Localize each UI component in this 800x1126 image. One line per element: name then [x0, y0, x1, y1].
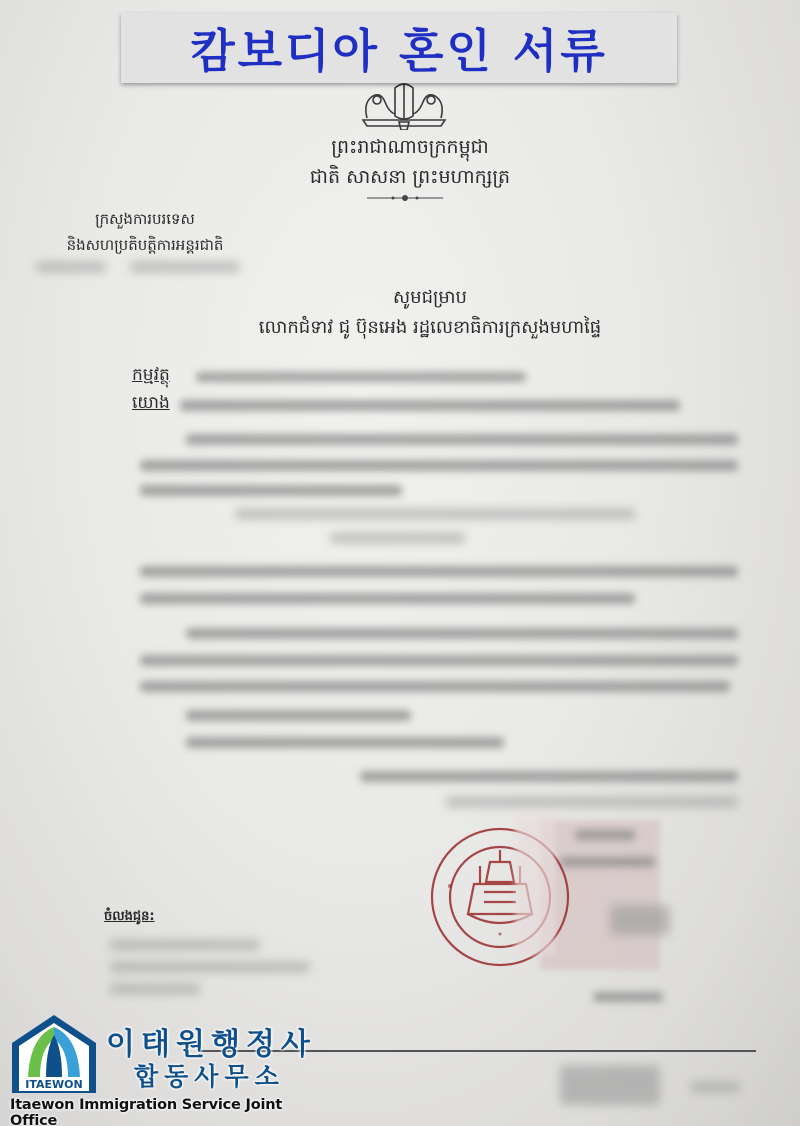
- divider-ornament-icon: [365, 193, 445, 203]
- recipient-heading: សូមជម្រាប លោកជំទាវ ជូ ប៊ុនអេង រដ្ឋលេខាធិ…: [190, 283, 670, 343]
- ministry-line-2: និងសហប្រតិបត្តិការអន្តរជាតិ: [40, 232, 250, 258]
- redacted-text: [36, 262, 106, 272]
- ministry-heading: ក្រសួងការបរទេស និងសហប្រតិបត្តិការអន្តរជា…: [40, 206, 250, 258]
- redacted-text: [140, 593, 635, 604]
- redacted-text: [235, 509, 635, 519]
- itaewon-logo: ITAEWON 이태원행정사 합동사무소 Itaewon Immigration…: [0, 1005, 330, 1126]
- redacted-text: [593, 992, 663, 1002]
- redacted-text: [196, 372, 526, 382]
- kingdom-line: ព្រះរាជាណាចក្រកម្ពុជា: [250, 132, 570, 162]
- redacted-text: [690, 1082, 740, 1092]
- redacted-text: [140, 566, 738, 577]
- redacted-text: [575, 830, 635, 840]
- cc-label: ចំលងជូន:: [104, 908, 155, 927]
- royal-emblem-icon: [355, 78, 453, 130]
- redacted-text: [110, 940, 260, 950]
- logo-name-line-2: 합동사무소: [134, 1057, 285, 1093]
- redacted-text: [140, 655, 738, 666]
- motto-line: ជាតិ សាសនា ព្រះមហាក្សត្រ: [250, 162, 570, 192]
- kingdom-heading: ព្រះរាជាណាចក្រកម្ពុជា ជាតិ សាសនា ព្រះមហា…: [250, 132, 570, 192]
- title-banner: 캄보디아 혼인 서류: [121, 13, 677, 83]
- redacted-text: [130, 262, 240, 272]
- subject-label: កម្មវត្ថុ: [132, 364, 170, 389]
- redacted-stamp-area: [515, 815, 555, 955]
- redacted-text: [140, 485, 402, 496]
- logo-badge-text: ITAEWON: [19, 1078, 89, 1091]
- redacted-text: [110, 962, 310, 972]
- redacted-text: [110, 984, 200, 994]
- redacted-text: [560, 857, 655, 867]
- redacted-text: [360, 771, 738, 782]
- redacted-text: [186, 710, 411, 721]
- recipient-name: លោកជំទាវ ជូ ប៊ុនអេង រដ្ឋលេខាធិការក្រសួងម…: [190, 313, 670, 343]
- redacted-text: [560, 1065, 660, 1105]
- redacted-text: [140, 460, 738, 471]
- redacted-text: [180, 400, 680, 411]
- logo-english-name: Itaewon Immigration Service Joint Office: [10, 1097, 330, 1126]
- salutation: សូមជម្រាប: [190, 283, 670, 313]
- redacted-text: [186, 737, 504, 748]
- redacted-text: [610, 905, 670, 935]
- redacted-text: [186, 434, 738, 445]
- redacted-text: [330, 533, 465, 543]
- reference-label: យោង: [132, 392, 170, 417]
- redacted-text: [446, 797, 738, 807]
- ministry-line-1: ក្រសួងការបរទេស: [40, 206, 250, 232]
- banner-title: 캄보디아 혼인 서류: [190, 15, 608, 81]
- redacted-text: [186, 628, 738, 639]
- redacted-text: [140, 681, 730, 692]
